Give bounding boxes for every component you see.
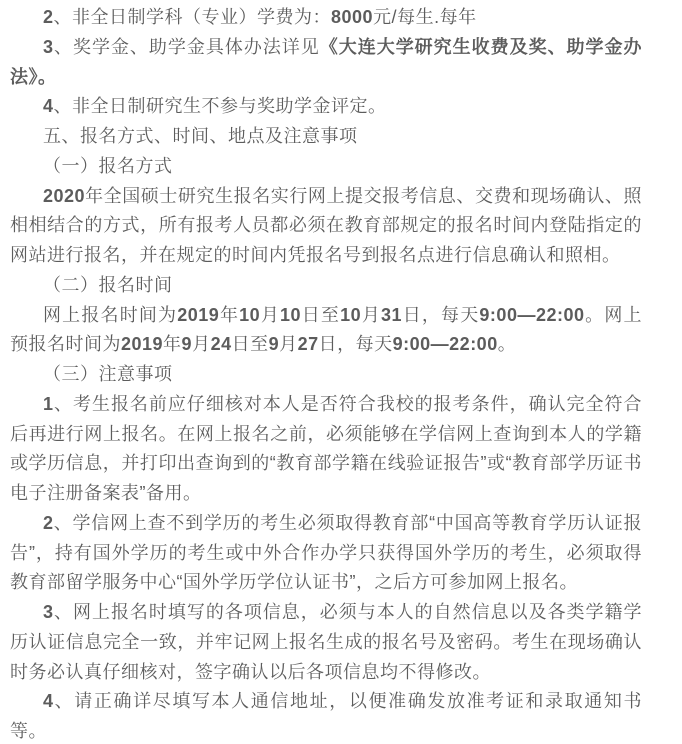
- text-segment: 、考生报名前应仔细核对本人是否符合我校的报考条件，确认完全符合后再进行网上报名。…: [10, 394, 642, 503]
- text-segment: 、学信网上查不到学历的考生必须取得教育部“中国高等教育学历认证报告”，持有国外学…: [10, 513, 642, 593]
- text-segment: 月: [192, 334, 211, 354]
- text-segment: 月: [279, 334, 298, 354]
- text-segment: 9: [182, 334, 193, 354]
- text-segment: 、非全日制学科（专业）学费为：: [54, 7, 332, 27]
- text-segment: 9:00—22:00: [393, 334, 498, 354]
- text-segment: 3: [43, 37, 54, 57]
- paragraph: （三）注意事项: [10, 360, 642, 390]
- paragraph: 2、非全日制学科（专业）学费为：8000元/每生.每年: [10, 3, 642, 33]
- text-segment: 日至: [301, 305, 340, 325]
- text-segment: （一）报名方式: [43, 156, 173, 176]
- text-segment: 五、报名方式、时间、地点及注意事项: [43, 126, 358, 146]
- text-segment: （三）注意事项: [43, 364, 173, 384]
- text-segment: 月: [260, 305, 280, 325]
- text-segment: 10: [280, 305, 301, 325]
- text-segment: （二）报名时间: [43, 275, 173, 295]
- text-segment: 年: [163, 334, 182, 354]
- text-segment: 10: [340, 305, 361, 325]
- text-segment: 2: [43, 7, 54, 27]
- text-segment: 、网上报名时填写的各项信息，必须与本人的自然信息以及各类学籍学历认证信息完全一致…: [10, 602, 642, 682]
- text-segment: 24: [211, 334, 232, 354]
- text-segment: 、奖学金、助学金具体办法详见: [54, 37, 320, 57]
- paragraph: 4、请正确详尽填写本人通信地址，以便准确发放准考证和录取通知书等。: [10, 687, 642, 744]
- text-segment: 10: [239, 305, 260, 325]
- paragraph: 3、奖学金、助学金具体办法详见《大连大学研究生收费及奖、助学金办法》。: [10, 33, 642, 93]
- text-segment: 31: [381, 305, 402, 325]
- text-segment: 2020: [43, 186, 85, 206]
- paragraph: 2、学信网上查不到学历的考生必须取得教育部“中国高等教育学历认证报告”，持有国外…: [10, 509, 642, 598]
- text-segment: 年: [219, 305, 239, 325]
- paragraph: 3、网上报名时填写的各项信息，必须与本人的自然信息以及各类学籍学历认证信息完全一…: [10, 598, 642, 687]
- text-segment: 月: [361, 305, 381, 325]
- text-segment: 年全国硕士研究生报名实行网上提交报考信息、交费和现场确认、照相相结合的方式，所有…: [10, 186, 642, 266]
- paragraph: 五、报名方式、时间、地点及注意事项: [10, 122, 642, 152]
- text-segment: 8000: [331, 7, 373, 27]
- text-segment: 4: [43, 691, 54, 711]
- text-segment: 网上报名时间为: [43, 305, 177, 325]
- text-segment: 2019: [177, 305, 219, 325]
- text-segment: 9:00—22:00: [479, 305, 584, 325]
- text-segment: 9: [269, 334, 280, 354]
- text-segment: 日，每天: [402, 305, 479, 325]
- text-segment: 27: [298, 334, 319, 354]
- text-segment: 1: [43, 394, 54, 414]
- paragraph: 2020年全国硕士研究生报名实行网上提交报考信息、交费和现场确认、照相相结合的方…: [10, 182, 642, 271]
- text-segment: 2: [43, 513, 54, 533]
- paragraph: （一）报名方式: [10, 152, 642, 182]
- text-segment: 元/每生.每年: [373, 7, 477, 27]
- text-segment: 3: [43, 602, 54, 622]
- text-segment: 2019: [121, 334, 163, 354]
- text-segment: 。: [498, 334, 517, 354]
- text-segment: 日至: [232, 334, 269, 354]
- document-body: 2、非全日制学科（专业）学费为：8000元/每生.每年3、奖学金、助学金具体办法…: [0, 0, 682, 744]
- paragraph: 4、非全日制研究生不参与奖助学金评定。: [10, 92, 642, 122]
- text-segment: 、非全日制研究生不参与奖助学金评定。: [54, 96, 387, 116]
- paragraph: （二）报名时间: [10, 271, 642, 301]
- paragraph: 1、考生报名前应仔细核对本人是否符合我校的报考条件，确认完全符合后再进行网上报名…: [10, 390, 642, 509]
- text-segment: 4: [43, 96, 54, 116]
- paragraph: 网上报名时间为2019年10月10日至10月31日，每天9:00—22:00。网…: [10, 301, 642, 361]
- text-segment: 日，每天: [319, 334, 393, 354]
- text-segment: 、请正确详尽填写本人通信地址，以便准确发放准考证和录取通知书等。: [10, 691, 642, 741]
